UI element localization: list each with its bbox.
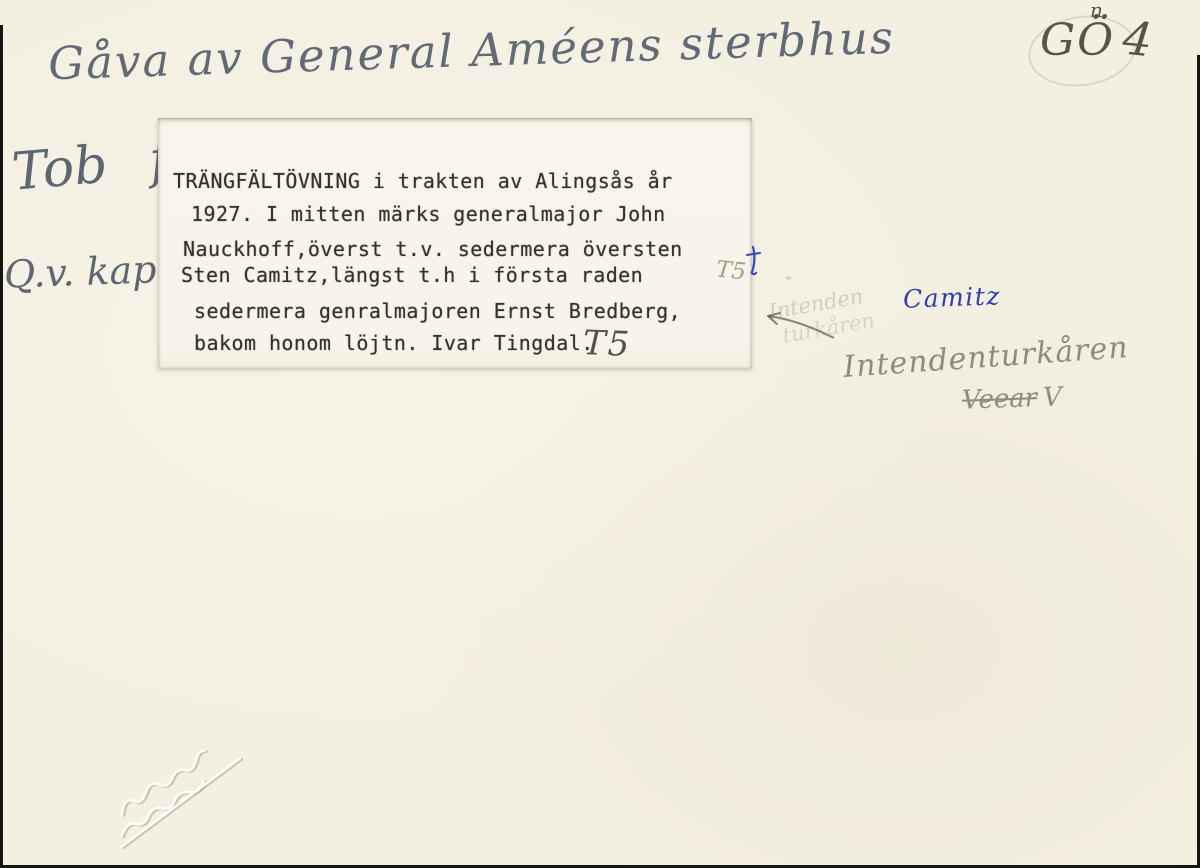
caption-line-5: sedermera genralmajoren Ernst Bredberg, <box>194 301 681 321</box>
caption-line-1: TRÄNGFÄLTÖVNING i trakten av Alingsås år <box>173 171 673 191</box>
caption-line-2: 1927. I mitten märks generalmajor John <box>191 204 666 224</box>
scan-edge-left <box>0 25 3 868</box>
pencil-crossed-word: VeearV <box>962 382 1063 415</box>
pencil-t5-small: T5 <box>715 257 748 286</box>
embossed-blind-stamp <box>82 742 292 852</box>
paper-stain-speck <box>786 276 791 280</box>
crossed-word-text: Veear <box>962 383 1038 416</box>
caption-line-3: Nauckhoff,överst t.v. sedermera översten <box>183 239 683 259</box>
archive-code-letters: GÖ <box>1040 15 1115 66</box>
handwritten-fragment-1: Tob f <box>10 129 172 202</box>
photo-verso-scan: Gåva av General Améens sterbhus Tob f Q.… <box>0 0 1200 868</box>
handwritten-dedication: Gåva av General Améens sterbhus <box>47 11 895 91</box>
pencil-t5-large: T5 <box>582 323 632 365</box>
archive-code: GÖn4 <box>1040 12 1153 66</box>
blue-ink-name-camitz: Camitz <box>903 281 1002 313</box>
caption-line-6: bakom honom löjtn. Ivar Tingdal. <box>194 333 594 353</box>
archive-code-superscript: n <box>1090 0 1103 22</box>
caption-line-4: Sten Camitz,längst t.h i första raden <box>181 265 643 285</box>
crossed-word-check: V <box>1043 382 1063 413</box>
archive-code-number: 4 <box>1120 11 1155 68</box>
pencil-intendenturkaren: Intendenturkåren <box>842 330 1130 385</box>
blue-dagger-mark <box>744 244 764 278</box>
handwritten-fragment-2: Q.v. kap <box>3 247 157 296</box>
